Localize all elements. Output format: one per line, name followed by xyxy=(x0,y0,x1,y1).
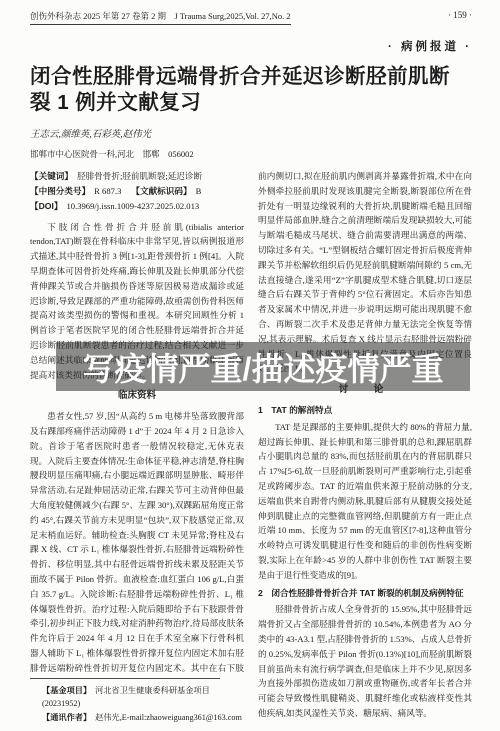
affiliation: 邯郸市中心医院骨一科,河北 邯郸 056002 xyxy=(0,148,500,160)
clc-label: 【中图分类号】 xyxy=(30,186,90,196)
corresponding-line: 【通讯作者】赵伟光,E-mail:zhaoweiguang361@163.com xyxy=(30,711,246,725)
right-column: 前内侧切口,拟在胫前肌内侧剥离并暴露骨折端,术中在向外侧牵拉胫前肌时发现该肌腱完… xyxy=(258,169,472,721)
footnote-divider xyxy=(30,678,220,679)
footnote-block: 【基金项目】河北省卫生健康委科研基金项目(20231952) 【通讯作者】赵伟光… xyxy=(30,678,246,725)
corresponding-value: 赵伟光,E-mail:zhaoweiguang361@163.com xyxy=(95,713,242,722)
page-header: 创伤外科杂志 2025 年第 27 卷第 2 期 J Trauma Surg,2… xyxy=(0,0,500,25)
doi-value: 10.3969/j.issn.1009-4237.2025.02.013 xyxy=(66,201,199,211)
article-meta: 【关键词】胫腓骨骨折;胫前肌断裂;延迟诊断 【中图分类号】R 687.3【文献标… xyxy=(30,169,244,215)
journal-citation: 创伤外科杂志 2025 年第 27 卷第 2 期 J Trauma Surg,2… xyxy=(30,10,291,25)
article-title: 闭合性胫腓骨远端骨折合并延迟诊断胫前肌断裂 1 例并文献复习 xyxy=(0,64,500,116)
section-2-heading: 2 闭合性胫腓骨骨折合并 TAT 断裂的机制及病例特征 xyxy=(258,586,472,601)
doc-code-value: B xyxy=(196,186,202,196)
keywords-line: 【关键词】胫腓骨骨折;胫前肌断裂;延迟诊断 xyxy=(30,169,244,184)
fund-label: 【基金项目】 xyxy=(42,686,91,695)
section-1-heading: 1 TAT 的解剖特点 xyxy=(258,403,472,418)
clc-value: R 687.3 xyxy=(94,186,121,196)
two-column-body: 【关键词】胫腓骨骨折;胫前肌断裂;延迟诊断 【中图分类号】R 687.3【文献标… xyxy=(0,169,500,721)
fund-line: 【基金项目】河北省卫生健康委科研基金项目(20231952) xyxy=(30,684,246,712)
clinical-paragraph: 患者女性,57 岁,因“从高约 5 m 电梯井坠落致腰背部及右踝部疼痛伴活动障碍… xyxy=(30,409,244,705)
clinical-data-heading: 临床资料 xyxy=(30,389,244,404)
journal-page: 创伤外科杂志 2025 年第 27 卷第 2 期 J Trauma Surg,2… xyxy=(0,0,500,731)
clc-line: 【中图分类号】R 687.3【文献标识码】B xyxy=(30,184,244,199)
corresponding-label: 【通讯作者】 xyxy=(42,713,91,722)
authors: 王志云,颜维英,石彩英,赵伟光 xyxy=(0,126,500,140)
keywords-value: 胫腓骨骨折;胫前肌断裂;延迟诊断 xyxy=(77,171,202,181)
left-column: 【关键词】胫腓骨骨折;胫前肌断裂;延迟诊断 【中图分类号】R 687.3【文献标… xyxy=(30,169,244,721)
section-2-paragraph: 胫腓骨骨折占成人全身骨折的 15.95%,其中胫腓骨远端骨折又占全部胫腓骨骨折的… xyxy=(258,602,472,720)
watermark-overlay: 写疫情严重/描述疫情严重 xyxy=(56,342,470,391)
doi-label: 【DOI】 xyxy=(30,201,62,211)
doi-line: 【DOI】10.3969/j.issn.1009-4237.2025.02.01… xyxy=(30,199,244,214)
doc-code-label: 【文献标识码】 xyxy=(131,186,191,196)
section-1-paragraph: TAT 是足踝部的主要伸肌,提供大约 80%的背屈力量,超过踇长伸肌、趾长伸肌和… xyxy=(258,420,472,583)
keywords-label: 【关键词】 xyxy=(30,171,73,181)
section-tag: · 病例报道 · xyxy=(0,38,500,54)
page-number: · 159 · xyxy=(448,10,472,20)
